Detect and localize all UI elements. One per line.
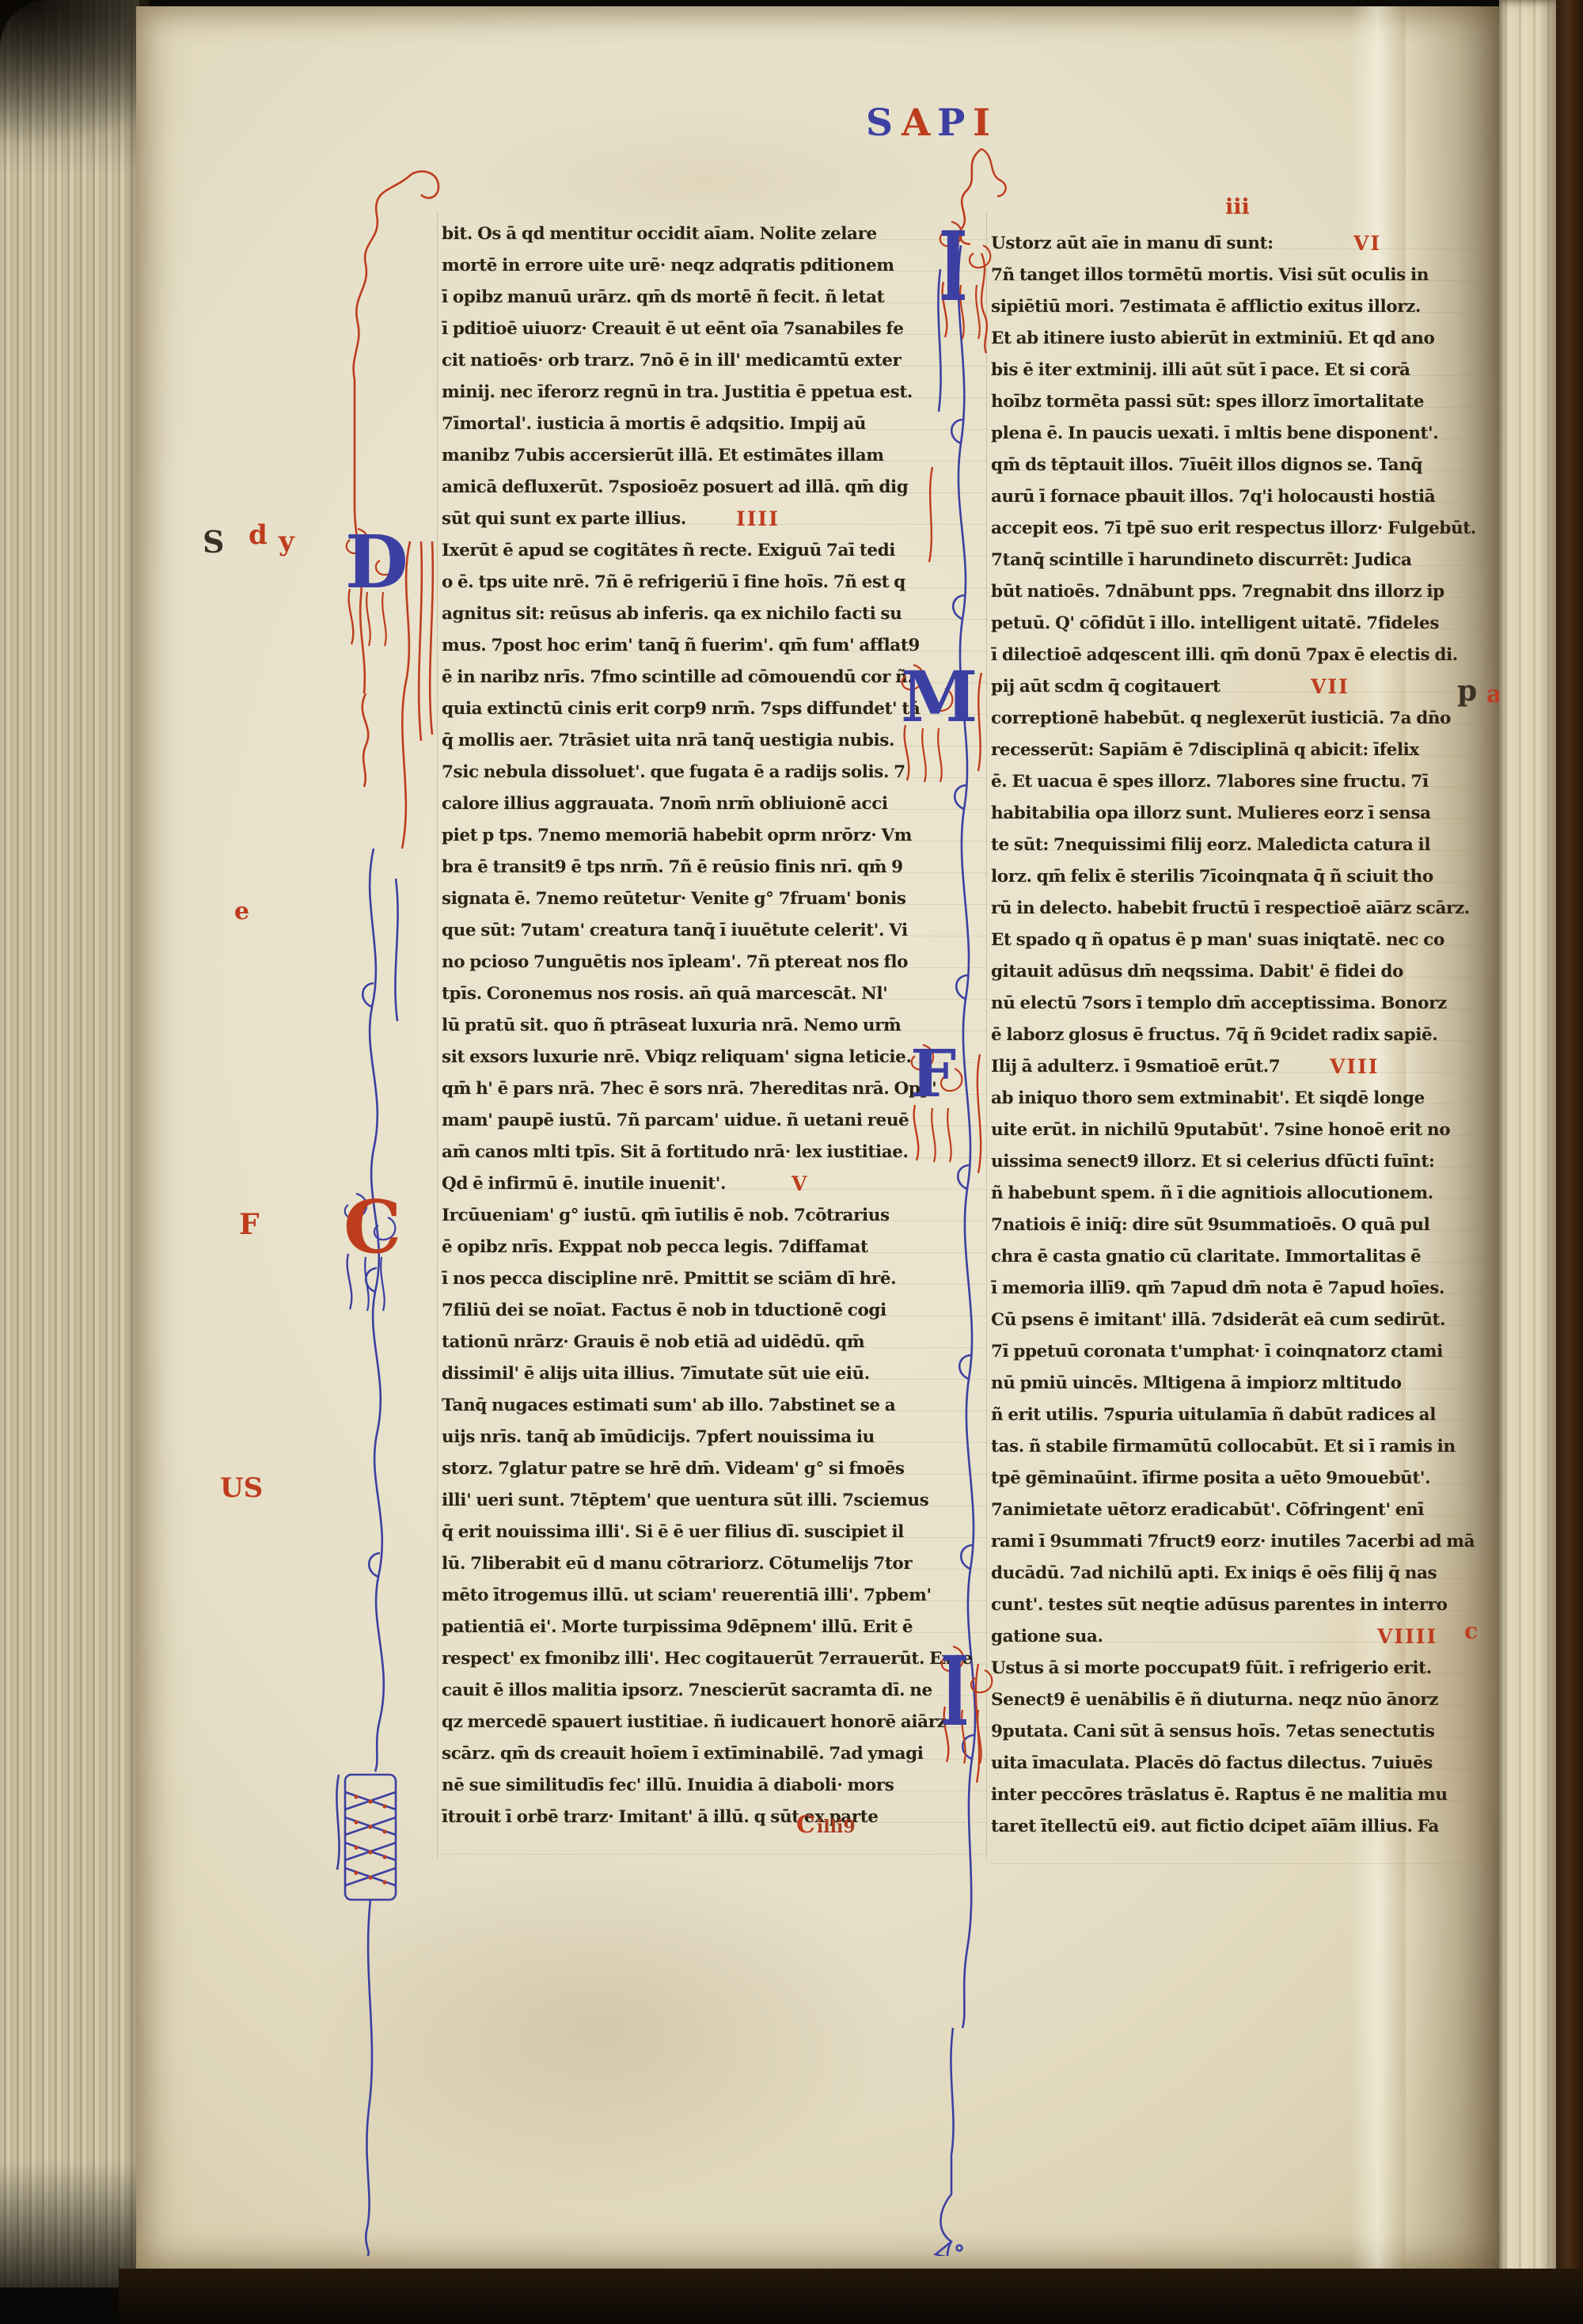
- illuminated-initial: C: [344, 1187, 401, 1266]
- text-line-content: sipiētiū mori. 7estimata ē afflictio exi…: [991, 297, 1421, 317]
- text-line: Et ab itinere iusto abierūt in extminiū.…: [991, 323, 1536, 355]
- text-line: scārz. qm̄ ds creauit hoīem ī extīminabi…: [442, 1738, 988, 1770]
- chapter-numeral: IIII: [736, 504, 780, 534]
- text-line: tpē gēminaūint. īfirme posita a uēto 9mo…: [991, 1463, 1536, 1494]
- text-line: ī opibz manuū urārz. qm̄ ds mortē ñ feci…: [442, 282, 988, 313]
- illuminated-initial-block: I: [940, 1640, 970, 1708]
- column-guide-line: [437, 212, 438, 1859]
- text-line-content: mēto ītrogemus illū. ut sciam' reuerenti…: [442, 1585, 932, 1605]
- text-line-content: Ircūueniam' g° iustū. qm̄ īutilis ē nob.…: [442, 1206, 890, 1225]
- manuscript-photo: SAPI iii: [0, 0, 1583, 2324]
- text-line-content: signata ē. 7nemo reūtetur· Venite g° 7fr…: [442, 889, 906, 909]
- text-line: ī dilectioē adqescent illi. qm̄ donū 7pa…: [991, 640, 1536, 671]
- text-line: Cū psens ē imitant' illā. 7dsiderāt eā c…: [991, 1304, 1536, 1336]
- text-line-content: Ilij ā adulterz. ī 9smatioē erūt.7: [991, 1057, 1280, 1077]
- text-line: ī nos pecca discipline nrē. Pmittit se s…: [442, 1263, 988, 1295]
- text-line-content: tpē gēminaūint. īfirme posita a uēto 9mo…: [991, 1468, 1430, 1488]
- text-line-content: ē in naribz nrīs. 7fmo scintille ad cōmo…: [442, 667, 913, 687]
- text-line: cunt'. testes sūt neqtie adūsus parentes…: [991, 1589, 1536, 1621]
- text-line: 7animietate uētorz eradicabūt'. Cōfringe…: [991, 1494, 1536, 1526]
- text-line-content: lū pratū sit. quo ñ ptrāseat luxuria nrā…: [442, 1016, 901, 1035]
- text-line: signata ē. 7nemo reūtetur· Venite g° 7fr…: [442, 883, 988, 915]
- text-line: pij aūt scdm q̄ cogitauertVII: [991, 671, 1536, 703]
- text-line: Ustus ā si morte poccupat9 fūit. ī refri…: [991, 1653, 1536, 1684]
- text-line-content: tationū nrārz· Grauis ē nob etiā ad uidē…: [442, 1332, 864, 1352]
- text-line: bis ē iter extminij. illi aūt sūt ī pace…: [991, 355, 1536, 386]
- text-line-content: recesserūt: Sapiām ē 7disciplinā q abici…: [991, 740, 1419, 760]
- text-line: agnitus sit: reūsus ab inferis. qa ex ni…: [442, 598, 988, 630]
- running-title-letter: I: [973, 101, 990, 145]
- text-line-content: ē. Et uacua ē spes illorz. 7labores sine…: [991, 772, 1429, 792]
- text-line-content: cit natioēs· orb trarz. 7nō ē in ill' me…: [442, 351, 901, 370]
- text-line-content: 7ñ tanget illos tormētū mortis. Visi sūt…: [991, 265, 1429, 285]
- text-line-content: lorz. qm̄ felix ē sterilis 7īcoinqnata q…: [991, 867, 1433, 887]
- margin-annotation: US: [220, 1472, 263, 1504]
- text-line-content: ī pditioē uiuorz· Creauit ē ut eēnt oīa …: [442, 319, 904, 339]
- text-line-content: Et ab itinere iusto abierūt in extminiū.…: [991, 328, 1434, 348]
- text-line-content: cunt'. testes sūt neqtie adūsus parentes…: [991, 1595, 1448, 1615]
- text-line: que sūt: 7utam' creatura tanq̄ ī iuuētut…: [442, 915, 988, 947]
- text-line-content: Tanq̄ nugaces estimati sum' ab illo. 7ab…: [442, 1396, 895, 1415]
- text-line-content: nū pmiū uincēs. Mltigena ā impiorz mltit…: [991, 1373, 1402, 1393]
- text-line-content: ab iniquo thoro sem extminabit'. Et siqd…: [991, 1088, 1425, 1108]
- text-line: tationū nrārz· Grauis ē nob etiā ad uidē…: [442, 1327, 988, 1358]
- text-line: recesserūt: Sapiām ē 7disciplinā q abici…: [991, 735, 1536, 766]
- text-line-content: uijs nrīs. tanq̄ ab īmūdicijs. 7pfert no…: [442, 1427, 875, 1447]
- text-line-content: Qd ē infirmū ē. inutile inuenit'.: [442, 1174, 726, 1194]
- text-line: bit. Os ā qd mentitur occidit aīam. Noli…: [442, 218, 988, 250]
- text-line-content: ī dilectioē adqescent illi. qm̄ donū 7pa…: [991, 645, 1458, 665]
- text-line-content: plena ē. In paucis uexati. ī mltis bene …: [991, 423, 1438, 443]
- text-line-content: qm̄ h' ē pars nrā. 7hec ē sors nrā. 7her…: [442, 1079, 936, 1099]
- text-line-content: būt natioēs. 7dnābunt pps. 7regnabit dns…: [991, 582, 1444, 602]
- text-line: cauit ē illos malitia ipsorz. 7nescierūt…: [442, 1675, 988, 1707]
- text-line-content: chra ē casta gnatio cū claritate. Immort…: [991, 1247, 1421, 1266]
- text-line-content: q̄ mollis aer. 7trāsiet uita nrā tanq̄ u…: [442, 731, 894, 750]
- chapter-numeral: V: [791, 1169, 808, 1199]
- text-line: mēto ītrogemus illū. ut sciam' reuerenti…: [442, 1580, 988, 1612]
- text-line-content: bit. Os ā qd mentitur occidit aīam. Noli…: [442, 224, 877, 244]
- text-line: chra ē casta gnatio cū claritate. Immort…: [991, 1241, 1536, 1273]
- text-line: būt natioēs. 7dnābunt pps. 7regnabit dns…: [991, 576, 1536, 608]
- text-line-content: ī nos pecca discipline nrē. Pmittit se s…: [442, 1269, 896, 1289]
- margin-annotation: p: [1457, 674, 1477, 708]
- text-line-content: 9putata. Cani sūt ā sensus hoīs. 7etas s…: [991, 1722, 1435, 1741]
- text-line-content: gitauit adūsus dm̄ neqssima. Dabit' ē fi…: [991, 962, 1403, 982]
- text-line-content: illi' ueri sunt. 7tēptem' que uentura sū…: [442, 1490, 928, 1510]
- shadow-overlay: [0, 0, 139, 2288]
- text-line-content: ē opibz nrīs. Exppat nob pecca legis. 7d…: [442, 1237, 868, 1257]
- text-line-content: petuū. Q' cōfidūt ī illo. intelligent ui…: [991, 613, 1439, 633]
- text-line: Tanq̄ nugaces estimati sum' ab illo. 7ab…: [442, 1390, 988, 1422]
- line-filler-mark: C: [796, 1811, 815, 1839]
- text-line-content: scārz. qm̄ ds creauit hoīem ī extīminabi…: [442, 1744, 924, 1764]
- text-line: Qd ē infirmū ē. inutile inuenit'.V: [442, 1168, 988, 1200]
- text-line: habitabilia opa illorz sunt. Mulieres eo…: [991, 798, 1536, 830]
- text-line: Et spado q ñ opatus ē p man' suas iniqta…: [991, 925, 1536, 956]
- book-bottom-shadow: [119, 2269, 1583, 2324]
- text-line-content: Cū psens ē imitant' illā. 7dsiderāt eā c…: [991, 1310, 1445, 1330]
- illuminated-initial-block: F: [910, 1039, 956, 1110]
- text-line-content: uita īmaculata. Placēs dō factus dilectu…: [991, 1753, 1433, 1773]
- text-line-content: 7animietate uētorz eradicabūt'. Cōfringe…: [991, 1500, 1424, 1520]
- text-line-content: correptionē habebūt. q neglexerūt iustic…: [991, 708, 1451, 728]
- text-line: petuū. Q' cōfidūt ī illo. intelligent ui…: [991, 608, 1536, 640]
- text-line: uissima senect9 illorz. Et si celerius d…: [991, 1146, 1536, 1178]
- text-line: ī memoria illī9. qm̄ 7apud dm̄ nota ē 7a…: [991, 1273, 1536, 1304]
- text-line: rū in delecto. habebit fructū ī respecti…: [991, 893, 1536, 925]
- illuminated-initial-block: C: [344, 1187, 401, 1266]
- text-line: gatione sua.VIIII: [991, 1621, 1536, 1653]
- chapter-numeral: VII: [1311, 672, 1350, 702]
- text-line-content: 7sic nebula dissoluet'. que fugata ē a r…: [442, 762, 905, 782]
- text-line-content: quia extinctū cinis erit corp9 nrm̄. 7sp…: [442, 699, 920, 719]
- folio-mark: iii: [1225, 195, 1250, 219]
- text-line-content: 7natiois ē iniq̄: dire sūt 9summatioēs. …: [991, 1215, 1429, 1235]
- text-line: patientiā ei'. Morte turpissima 9dēpnem'…: [442, 1612, 988, 1643]
- text-line: accepit eos. 7ī tpē suo erit respectus i…: [991, 513, 1536, 545]
- text-line-content: 7filiū dei se noīat. Factus ē nob in tdu…: [442, 1301, 886, 1320]
- text-line-content: Et spado q ñ opatus ē p man' suas iniqta…: [991, 930, 1444, 950]
- text-line-content: am̄ canos mlti tpīs. Sit ā fortitudo nrā…: [442, 1142, 909, 1162]
- text-line-content: no pcioso 7unguētis nos īpleam'. 7ñ pter…: [442, 952, 908, 972]
- text-line-content: manibz 7ubis accersierūt illā. Et estimā…: [442, 446, 884, 465]
- margin-annotation: S: [203, 524, 224, 560]
- text-line: minij. nec īferorz regnū in tra. Justiti…: [442, 377, 988, 408]
- text-line-content: rū in delecto. habebit fructū ī respecti…: [991, 898, 1470, 918]
- text-line: mortē in errore uite urē· neqz adqratis …: [442, 250, 988, 282]
- text-line-content: pij aūt scdm q̄ cogitauert: [991, 677, 1220, 697]
- text-line: Senect9 ē uenābilis ē ñ diuturna. neqz n…: [991, 1684, 1536, 1716]
- running-title-letter: S: [866, 101, 893, 145]
- text-line: te sūt: 7nequissimi filij eorz. Maledict…: [991, 830, 1536, 861]
- illuminated-initial-block: M: [901, 659, 978, 735]
- text-line: Ustorz aūt aīe in manu dī sunt:VI: [991, 228, 1536, 260]
- text-line-content: Senect9 ē uenābilis ē ñ diuturna. neqz n…: [991, 1690, 1438, 1710]
- text-line-content: 7īmortal'. iusticia ā mortis ē adqsitio.…: [442, 414, 866, 434]
- text-line: Ixerūt ē apud se cogitātes ñ recte. Exig…: [442, 535, 988, 567]
- text-line: plena ē. In paucis uexati. ī mltis bene …: [991, 418, 1536, 450]
- text-line-content: ducādū. 7ad nichilū apti. Ex iniqs ē oēs…: [991, 1563, 1437, 1583]
- text-line-content: qm̄ ds tēptauit illos. 7īuēit illos dign…: [991, 455, 1422, 475]
- text-line: o ē. tps uite nrē. 7ñ ē refrigeriū ī fin…: [442, 567, 988, 598]
- text-line: q̄ erit nouissima illi'. Si ē ē uer fili…: [442, 1517, 988, 1548]
- text-line-content: te sūt: 7nequissimi filij eorz. Maledict…: [991, 835, 1430, 855]
- text-line-content: nē sue similitudīs fec' illū. Inuidia ā …: [442, 1775, 894, 1795]
- text-line: tpīs. Coronemus nos rosis. an̄ quā marce…: [442, 978, 988, 1010]
- text-line-content: sit exsors luxurie nrē. Vbiqz reliquam' …: [442, 1047, 912, 1067]
- text-line-content: ē laborz glosus ē fructus. 7q̄ ñ 9cidet …: [991, 1025, 1437, 1045]
- text-line-content: aurū ī fornace pbauit illos. 7q'i holoca…: [991, 487, 1435, 507]
- text-line-content: rami ī 9summati 7fruct9 eorz· inutiles 7…: [991, 1532, 1475, 1551]
- text-line: gitauit adūsus dm̄ neqssima. Dabit' ē fi…: [991, 956, 1536, 988]
- text-line-content: respect' ex fmonibz illi'. Hec cogitauer…: [442, 1649, 973, 1669]
- text-line: sipiētiū mori. 7estimata ē afflictio exi…: [991, 291, 1536, 323]
- text-line: Ilij ā adulterz. ī 9smatioē erūt.7VIII: [991, 1051, 1536, 1083]
- text-line-content: uite erūt. in nichilū 9putabūt'. 7sine h…: [991, 1120, 1450, 1140]
- running-title-letter: P: [937, 101, 965, 145]
- text-line: tas. ñ stabile firmamūtū collocabūt. Et …: [991, 1431, 1536, 1463]
- text-line-content: mam' paupē iustū. 7ñ parcam' uidue. ñ ue…: [442, 1111, 909, 1130]
- text-line-content: lū. 7liberabit eū d manu cōtrariorz. Cōt…: [442, 1554, 912, 1574]
- text-line: ducādū. 7ad nichilū apti. Ex iniqs ē oēs…: [991, 1558, 1536, 1589]
- text-line-content: accepit eos. 7ī tpē suo erit respectus i…: [991, 518, 1476, 538]
- text-line: 7īmortal'. iusticia ā mortis ē adqsitio.…: [442, 408, 988, 440]
- book-page-edges-left: [0, 0, 139, 2288]
- text-line-content: amicā defluxerūt. 7sposioēz posuert ad i…: [442, 477, 908, 497]
- text-line: nū electū 7sors ī templo dm̄ acceptissim…: [991, 988, 1536, 1020]
- text-line: lorz. qm̄ felix ē sterilis 7īcoinqnata q…: [991, 861, 1536, 893]
- text-line: storz. 7glatur patre se hrē dm̄. Videam'…: [442, 1453, 988, 1485]
- text-line: ē laborz glosus ē fructus. 7q̄ ñ 9cidet …: [991, 1020, 1536, 1051]
- text-line: lū. 7liberabit eū d manu cōtrariorz. Cōt…: [442, 1548, 988, 1580]
- text-line-content: Ixerūt ē apud se cogitātes ñ recte. Exig…: [442, 541, 895, 560]
- text-line: hoībz tormēta passi sūt: spes illorz īmo…: [991, 386, 1536, 418]
- text-line-content: cauit ē illos malitia ipsorz. 7nescierūt…: [442, 1680, 932, 1700]
- text-line: ab iniquo thoro sem extminabit'. Et siqd…: [991, 1083, 1536, 1115]
- book-cover-right: [1556, 0, 1583, 2324]
- text-line: sūt qui sunt ex parte illius.IIII: [442, 503, 988, 535]
- text-line-content: ñ erit utilis. 7spuria uitulamīa ñ dabūt…: [991, 1405, 1436, 1425]
- chapter-numeral: VIIII: [1377, 1622, 1437, 1652]
- margin-annotation: d: [249, 519, 268, 551]
- text-column-right: Ustorz aūt aīe in manu dī sunt:VII7ñ tan…: [991, 228, 1536, 1843]
- margin-annotation: F: [239, 1208, 260, 1241]
- text-line: bra ē transit9 ē tps nrm̄. 7ñ ē reūsio f…: [442, 852, 988, 883]
- text-line: ī pditioē uiuorz· Creauit ē ut eēnt oīa …: [442, 313, 988, 345]
- text-line-content: o ē. tps uite nrē. 7ñ ē refrigeriū ī fin…: [442, 572, 905, 592]
- text-line-content: bra ē transit9 ē tps nrm̄. 7ñ ē reūsio f…: [442, 857, 903, 877]
- text-line-content: que sūt: 7utam' creatura tanq̄ ī iuuētut…: [442, 921, 908, 940]
- text-line-content: Ustus ā si morte poccupat9 fūit. ī refri…: [991, 1658, 1432, 1678]
- text-line-content: calore illius aggrauata. 7nom̄ nrm̄ obli…: [442, 794, 888, 814]
- text-line-content: inter peccōres trāslatus ē. Raptus ē ne …: [991, 1785, 1448, 1805]
- text-line-content: dissimil' ē alijs uita illius. 7īmutate …: [442, 1364, 870, 1384]
- text-line-content: mortē in errore uite urē· neqz adqratis …: [442, 256, 894, 275]
- margin-annotation: e: [234, 898, 249, 925]
- text-line: correptionē habebūt. q neglexerūt iustic…: [991, 703, 1536, 735]
- text-line-content: nū electū 7sors ī templo dm̄ acceptissim…: [991, 993, 1447, 1013]
- text-line: qz mercedē spauert iustitiae. ñ iudicaue…: [442, 1707, 988, 1738]
- running-title-letter: A: [902, 101, 930, 145]
- text-line: 7ñ tanget illos tormētū mortis. Visi sūt…: [991, 260, 1536, 291]
- text-line: amicā defluxerūt. 7sposioēz posuert ad i…: [442, 472, 988, 503]
- text-line: taret ītellectū ei9. aut fictio dcipet a…: [991, 1811, 1536, 1843]
- text-line-content: storz. 7glatur patre se hrē dm̄. Videam'…: [442, 1459, 905, 1479]
- text-line: rami ī 9summati 7fruct9 eorz· inutiles 7…: [991, 1526, 1536, 1558]
- book-page-edges-right: [1499, 0, 1558, 2288]
- text-line-content: 7ī ppetuū coronata t'umphat· ī coinqnato…: [991, 1342, 1443, 1361]
- text-line: Ircūueniam' g° iustū. qm̄ īutilis ē nob.…: [442, 1200, 988, 1232]
- catchword-line: Cilli9: [796, 1811, 856, 1839]
- text-line: uite erūt. in nichilū 9putabūt'. 7sine h…: [991, 1115, 1536, 1146]
- text-line: ītrouit ī orbē trarz· Imitant' ā illū. q…: [442, 1802, 988, 1833]
- text-line-content: piet p tps. 7nemo memoriā habebit oprm n…: [442, 826, 912, 845]
- text-line-content: sūt qui sunt ex parte illius.: [442, 509, 686, 529]
- text-line-content: tas. ñ stabile firmamūtū collocabūt. Et …: [991, 1437, 1456, 1456]
- text-line: nū pmiū uincēs. Mltigena ā impiorz mltit…: [991, 1368, 1536, 1399]
- text-line-content: patientiā ei'. Morte turpissima 9dēpnem'…: [442, 1617, 913, 1637]
- illuminated-initial-block: I: [939, 215, 968, 283]
- illuminated-initial: D: [345, 522, 408, 602]
- text-line: qm̄ ds tēptauit illos. 7īuēit illos dign…: [991, 450, 1536, 481]
- text-line-content: bis ē iter extminij. illi aūt sūt ī pace…: [991, 360, 1410, 380]
- text-line: aurū ī fornace pbauit illos. 7q'i holoca…: [991, 481, 1536, 513]
- text-line: 7filiū dei se noīat. Factus ē nob in tdu…: [442, 1295, 988, 1327]
- text-line: ñ erit utilis. 7spuria uitulamīa ñ dabūt…: [991, 1399, 1536, 1431]
- text-column-left: bit. Os ā qd mentitur occidit aīam. Noli…: [442, 218, 988, 1833]
- margin-annotation: c: [1464, 1618, 1478, 1644]
- text-line: uijs nrīs. tanq̄ ab īmūdicijs. 7pfert no…: [442, 1422, 988, 1453]
- text-line-content: ī memoria illī9. qm̄ 7apud dm̄ nota ē 7a…: [991, 1278, 1444, 1298]
- text-line-content: qz mercedē spauert iustitiae. ñ iudicaue…: [442, 1712, 946, 1732]
- text-line-content: mus. 7post hoc erim' tanq̄ ñ fuerim'. qm…: [442, 636, 920, 655]
- illuminated-initial: I: [939, 215, 968, 321]
- text-line-content: taret ītellectū ei9. aut fictio dcipet a…: [991, 1817, 1439, 1836]
- text-line-content: ī opibz manuū urārz. qm̄ ds mortē ñ feci…: [442, 287, 884, 307]
- margin-annotation: y: [279, 526, 294, 557]
- text-line: inter peccōres trāslatus ē. Raptus ē ne …: [991, 1779, 1536, 1811]
- text-line: uita īmaculata. Placēs dō factus dilectu…: [991, 1748, 1536, 1779]
- text-line: ñ habebunt spem. ñ ī die agnitiois alloc…: [991, 1178, 1536, 1209]
- text-line-content: Ustorz aūt aīe in manu dī sunt:: [991, 234, 1274, 253]
- text-line-content: ñ habebunt spem. ñ ī die agnitiois alloc…: [991, 1183, 1433, 1203]
- chapter-numeral: VIII: [1330, 1052, 1379, 1082]
- text-line: 7ī ppetuū coronata t'umphat· ī coinqnato…: [991, 1336, 1536, 1368]
- text-line-content: hoībz tormēta passi sūt: spes illorz īmo…: [991, 392, 1424, 412]
- text-line: illi' ueri sunt. 7tēptem' que uentura sū…: [442, 1485, 988, 1517]
- text-line-content: tpīs. Coronemus nos rosis. an̄ quā marce…: [442, 984, 887, 1004]
- text-line: dissimil' ē alijs uita illius. 7īmutate …: [442, 1358, 988, 1390]
- text-line-content: 7tanq̄ scintille ī harundineto discurrēt…: [991, 550, 1412, 570]
- illuminated-initial: I: [940, 1640, 970, 1745]
- illuminated-initial: F: [910, 1039, 956, 1110]
- text-line: 7tanq̄ scintille ī harundineto discurrēt…: [991, 545, 1536, 576]
- text-line: ē opibz nrīs. Exppat nob pecca legis. 7d…: [442, 1232, 988, 1263]
- text-line-content: minij. nec īferorz regnū in tra. Justiti…: [442, 382, 913, 402]
- text-line-content: agnitus sit: reūsus ab inferis. qa ex ni…: [442, 604, 902, 624]
- text-line: cit natioēs· orb trarz. 7nō ē in ill' me…: [442, 345, 988, 377]
- catchword: illi9: [817, 1817, 856, 1837]
- text-line: manibz 7ubis accersierūt illā. Et estimā…: [442, 440, 988, 472]
- text-line: 7natiois ē iniq̄: dire sūt 9summatioēs. …: [991, 1209, 1536, 1241]
- text-line: respect' ex fmonibz illi'. Hec cogitauer…: [442, 1643, 988, 1675]
- text-line: piet p tps. 7nemo memoriā habebit oprm n…: [442, 820, 988, 852]
- text-line-content: q̄ erit nouissima illi'. Si ē ē uer fili…: [442, 1522, 904, 1542]
- text-line: calore illius aggrauata. 7nom̄ nrm̄ obli…: [442, 788, 988, 820]
- illuminated-initial: M: [901, 659, 978, 735]
- text-line: no pcioso 7unguētis nos īpleam'. 7ñ pter…: [442, 947, 988, 978]
- text-line-content: habitabilia opa illorz sunt. Mulieres eo…: [991, 803, 1431, 823]
- text-line: 9putata. Cani sūt ā sensus hoīs. 7etas s…: [991, 1716, 1536, 1748]
- illuminated-initial-block: D: [345, 522, 408, 602]
- text-line-content: uissima senect9 illorz. Et si celerius d…: [991, 1152, 1434, 1171]
- chapter-numeral: VI: [1353, 229, 1381, 259]
- text-line: nē sue similitudīs fec' illū. Inuidia ā …: [442, 1770, 988, 1802]
- text-line: ē. Et uacua ē spes illorz. 7labores sine…: [991, 766, 1536, 798]
